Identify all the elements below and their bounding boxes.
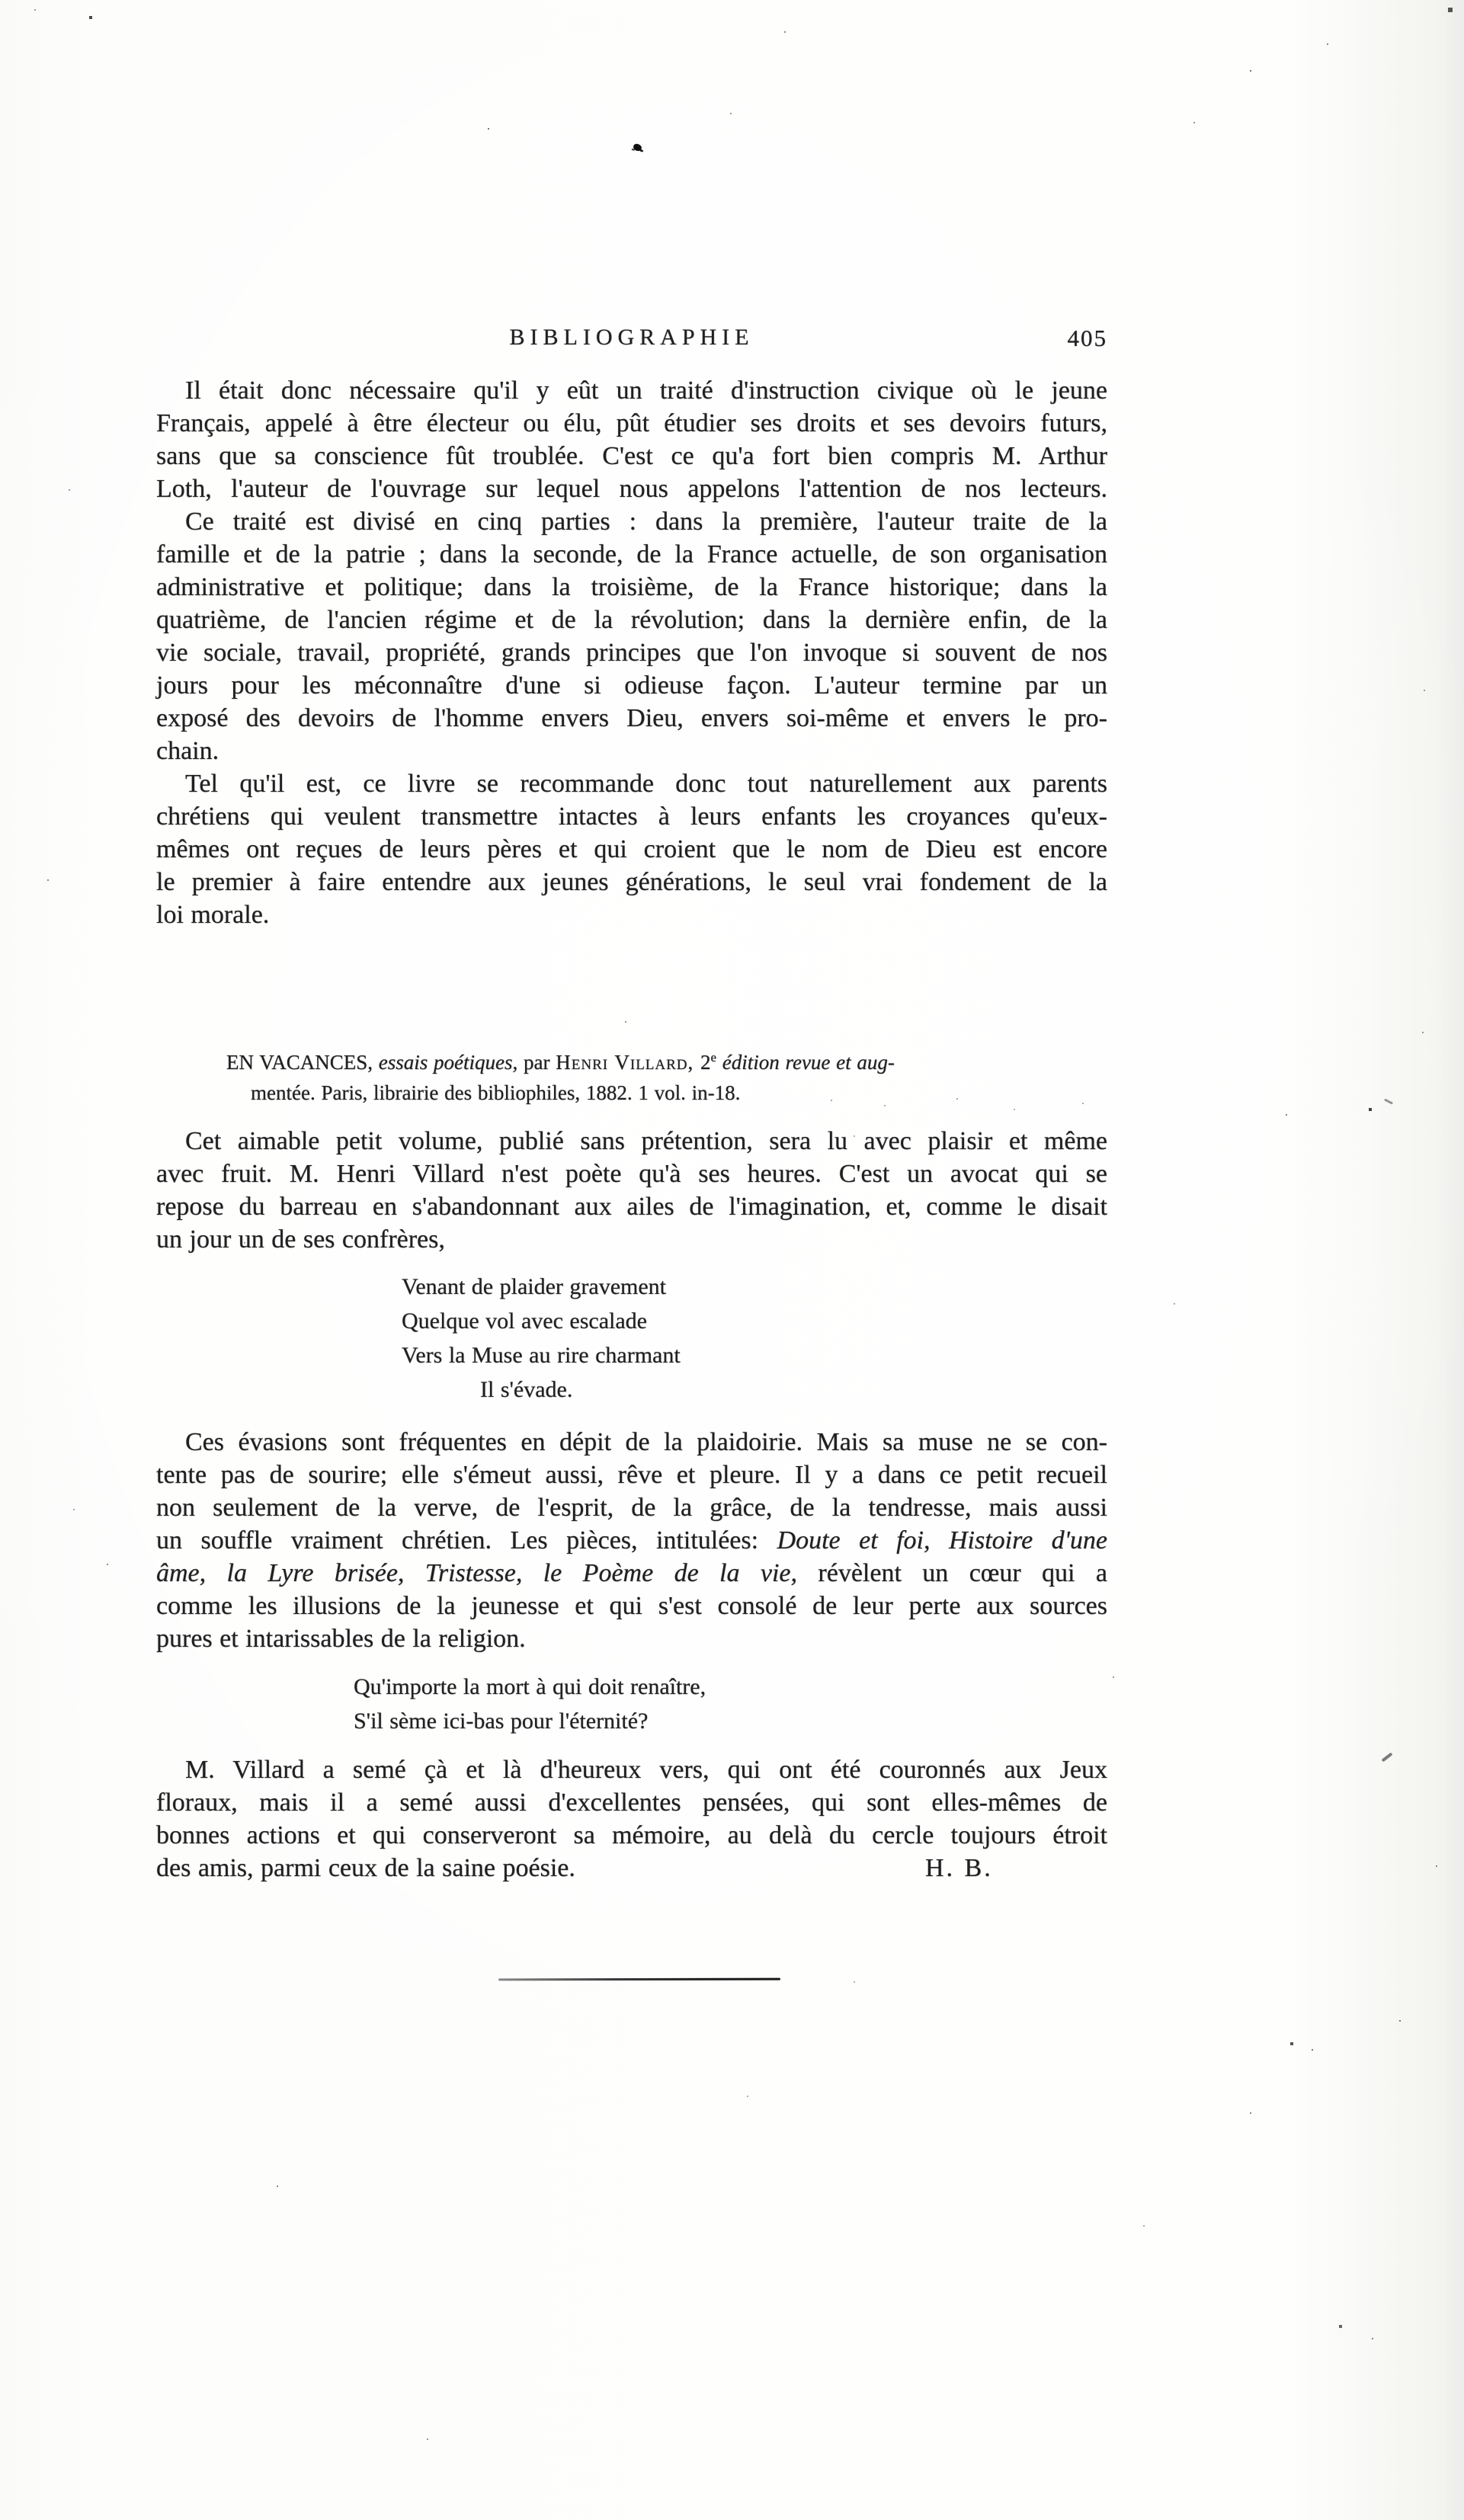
text-line: Ces évasions sont fréquentes en dépit de… <box>156 1426 1107 1459</box>
text-line: exposé des devoirs de l'homme envers Die… <box>156 702 1107 735</box>
page-number: 405 <box>1068 325 1108 352</box>
text-line: loi morale. <box>156 898 1107 931</box>
text-line: Loth, l'auteur de l'ouvrage sur lequel n… <box>156 472 1107 505</box>
edition-ordinal: e <box>711 1050 716 1065</box>
text-line: floraux, mais il a semé aussi d'excellen… <box>156 1786 1107 1819</box>
scan-edge-mark <box>1384 1098 1393 1104</box>
text-segment: un souffle vraiment chrétien. Les pièces… <box>156 1526 777 1555</box>
paragraph: Tel qu'il est, ce livre se recommande do… <box>156 767 1107 931</box>
book-genre: essais poétiques, <box>379 1051 524 1074</box>
text-line: vie sociale, travail, propriété, grands … <box>156 636 1107 669</box>
text-line: un souffle vraiment chrétien. Les pièces… <box>156 1524 1107 1557</box>
text-line: administrative et politique; dans la tro… <box>156 571 1107 604</box>
paragraph: Ces évasions sont fréquentes en dépit de… <box>156 1426 1107 1655</box>
verse-quotation: Venant de plaider gravement Quelque vol … <box>402 1270 1107 1407</box>
verse-line: Qu'importe la mort à qui doit renaître, <box>354 1670 1107 1704</box>
text-line: bonnes actions et qui conserveront sa mé… <box>156 1819 1107 1852</box>
edition-number: 2 <box>700 1051 711 1074</box>
scanned-book-page: BIBLIOGRAPHIE 405 Il était donc nécessai… <box>0 0 1464 2520</box>
verse-line: S'il sème ici-bas pour l'éternité? <box>354 1704 1107 1738</box>
verse-line: Venant de plaider gravement <box>402 1270 1107 1304</box>
text-line: sans que sa conscience fût troublée. C'e… <box>156 440 1107 472</box>
text-line: chain. <box>156 735 1107 767</box>
text-segment: des amis, parmi ceux de la saine poésie. <box>156 1854 575 1882</box>
entry-line: mentée. Paris, librairie des bibliophile… <box>156 1077 1107 1108</box>
text-line: non seulement de la verve, de l'esprit, … <box>156 1491 1107 1524</box>
book-author: Henri Villard, <box>556 1051 700 1074</box>
entry-line: EN VACANCES, essais poétiques, par Henri… <box>156 1047 1107 1077</box>
verse-line: Il s'évade. <box>480 1372 1107 1407</box>
text-line: chrétiens qui veulent transmettre intact… <box>156 800 1107 833</box>
text-line: Tel qu'il est, ce livre se recommande do… <box>156 767 1107 800</box>
ink-blot <box>633 143 642 152</box>
page-text-block: Il était donc nécessaire qu'il y eût un … <box>156 374 1107 1980</box>
running-head: BIBLIOGRAPHIE 405 <box>156 325 1107 357</box>
entry-text: par <box>524 1051 556 1074</box>
scan-edge-mark <box>1381 1752 1392 1762</box>
book-title: EN VACANCES, <box>226 1051 379 1074</box>
text-line: quatrième, de l'ancien régime et de la r… <box>156 604 1107 636</box>
text-line: mêmes ont reçues de leurs pères et qui c… <box>156 833 1107 866</box>
text-line: Cet aimable petit volume, publié sans pr… <box>156 1125 1107 1158</box>
text-line: repose du barreau en s'abandonnant aux a… <box>156 1190 1107 1223</box>
text-line: tente pas de sourire; elle s'émeut aussi… <box>156 1459 1107 1491</box>
text-line: pures et intarissables de la religion. <box>156 1622 1107 1655</box>
text-line: des amis, parmi ceux de la saine poésie.… <box>156 1852 1107 1884</box>
paragraph: Cet aimable petit volume, publié sans pr… <box>156 1125 1107 1256</box>
verse-line: Quelque vol avec escalade <box>402 1304 1107 1338</box>
text-line: un jour un de ses confrères, <box>156 1223 1107 1256</box>
work-titles-italic: Doute et foi, Histoire d'une <box>777 1526 1107 1555</box>
text-line: comme les illusions de la jeunesse et qu… <box>156 1590 1107 1622</box>
verse-quotation: Qu'importe la mort à qui doit renaître, … <box>354 1670 1107 1738</box>
paragraph: Ce traité est divisé en cinq parties : d… <box>156 505 1107 767</box>
text-line: Français, appelé à être électeur ou élu,… <box>156 407 1107 440</box>
text-line: avec fruit. M. Henri Villard n'est poète… <box>156 1158 1107 1190</box>
text-line: âme, la Lyre brisée, Tristesse, le Poème… <box>156 1557 1107 1590</box>
edition-note: édition revue et aug- <box>716 1051 895 1074</box>
running-title: BIBLIOGRAPHIE <box>510 325 754 351</box>
text-segment: révèlent un cœur qui a <box>818 1559 1107 1587</box>
text-line: Il était donc nécessaire qu'il y eût un … <box>156 374 1107 407</box>
bibliographic-entry: EN VACANCES, essais poétiques, par Henri… <box>156 1047 1107 1108</box>
scan-noise-specks <box>0 0 2 2</box>
verse-line: Vers la Muse au rire charmant <box>402 1338 1107 1372</box>
text-line: M. Villard a semé çà et là d'heureux ver… <box>156 1753 1107 1786</box>
text-line: le premier à faire entendre aux jeunes g… <box>156 866 1107 898</box>
text-line: famille et de la patrie ; dans la second… <box>156 538 1107 571</box>
work-titles-italic: âme, la Lyre brisée, Tristesse, le Poème… <box>156 1559 818 1587</box>
section-divider-rule <box>498 1978 780 1981</box>
paragraph: Il était donc nécessaire qu'il y eût un … <box>156 374 1107 505</box>
text-line: jours pour les méconnaître d'une si odie… <box>156 669 1107 702</box>
reviewer-signature: H. B. <box>925 1852 993 1884</box>
paragraph: M. Villard a semé çà et là d'heureux ver… <box>156 1753 1107 1884</box>
text-line: Ce traité est divisé en cinq parties : d… <box>156 505 1107 538</box>
